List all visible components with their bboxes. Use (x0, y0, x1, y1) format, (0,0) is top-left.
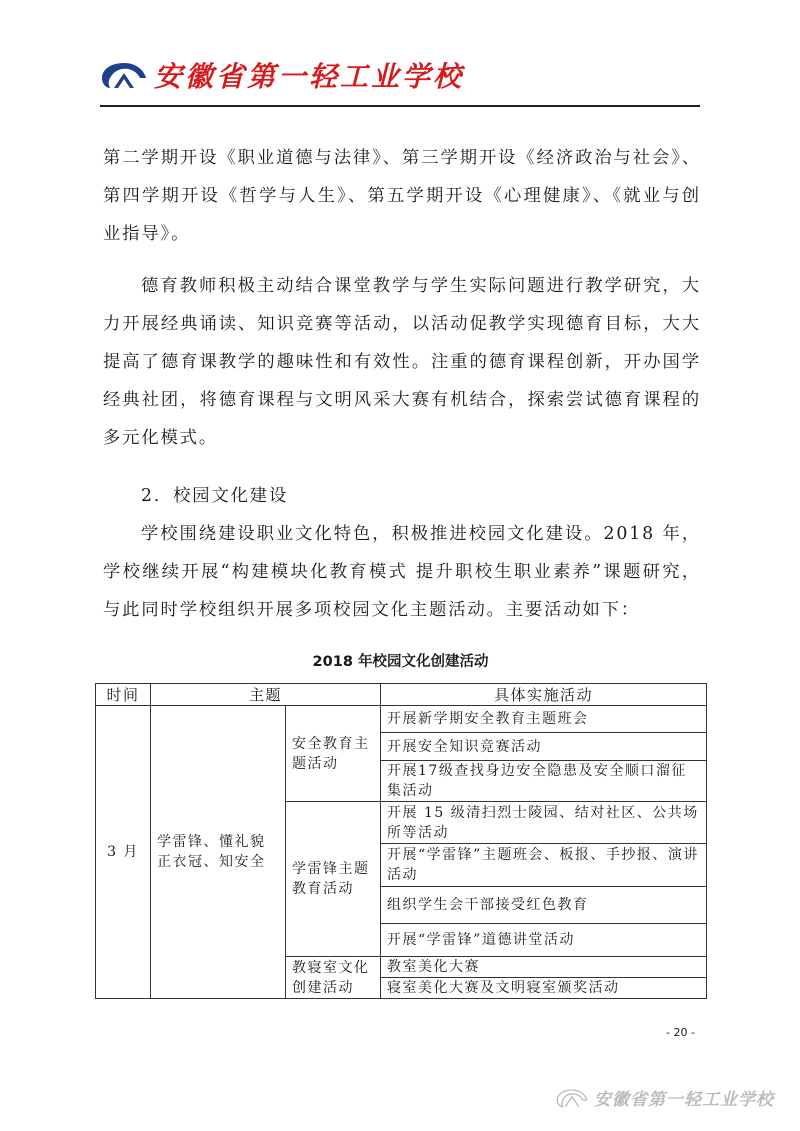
school-name: 安徽省第一轻工业学校 (154, 55, 464, 95)
activity-cell: 教室美化大赛 (381, 957, 707, 978)
page-header: 安徽省第一轻工业学校 (100, 50, 464, 100)
header-theme: 主题 (151, 684, 381, 706)
table-header-row: 时间 主题 具体实施活动 (96, 684, 707, 706)
activity-cell: 开展新学期安全教育主题班会 (381, 706, 707, 733)
footer-watermark: 安徽省第一轻工业学校 (556, 1085, 774, 1110)
subtheme-cell: 学雷锋主题教育活动 (286, 802, 381, 957)
paragraph-courses: 第二学期开设《职业道德与法律》、第三学期开设《经济政治与社会》、第四学期开设《哲… (103, 139, 701, 253)
time-cell: 3 月 (96, 706, 151, 999)
subtheme-cell: 安全教育主题活动 (286, 706, 381, 802)
footer-school-name: 安徽省第一轻工业学校 (594, 1085, 774, 1110)
school-logo-icon (556, 1087, 588, 1109)
section-heading: 2．校园文化建设 (103, 477, 701, 515)
table-title: 2018 年校园文化创建活动 (95, 650, 706, 671)
table-row: 3 月 学雷锋、懂礼貌正衣冠、知安全 安全教育主题活动 开展新学期安全教育主题班… (96, 706, 707, 733)
activity-cell: 开展“学雷锋”道德讲堂活动 (381, 924, 707, 957)
theme-cell: 学雷锋、懂礼貌正衣冠、知安全 (151, 706, 286, 999)
activity-cell: 组织学生会干部接受红色教育 (381, 887, 707, 924)
header-time: 时间 (96, 684, 151, 706)
school-logo-icon (100, 60, 148, 90)
activity-cell: 开展17级查找身边安全隐患及安全顺口溜征集活动 (381, 761, 707, 802)
activities-table: 时间 主题 具体实施活动 3 月 学雷锋、懂礼貌正衣冠、知安全 安全教育主题活动… (95, 683, 707, 999)
activity-cell: 开展 15 级清扫烈士陵园、结对社区、公共场所等活动 (381, 802, 707, 844)
paragraph-moral-education: 德育教师积极主动结合课堂教学与学生实际问题进行教学研究，大力开展经典诵读、知识竞… (103, 267, 701, 457)
subtheme-cell: 教寝室文化创建活动 (286, 957, 381, 999)
page-number: - 20 - (666, 1026, 695, 1039)
activity-cell: 寝室美化大赛及文明寝室颁奖活动 (381, 978, 707, 999)
paragraph-campus-culture: 学校围绕建设职业文化特色，积极推进校园文化建设。2018 年，学校继续开展“构建… (103, 515, 701, 629)
header-divider (100, 105, 700, 107)
activity-cell: 开展“学雷锋”主题班会、板报、手抄报、演讲活动 (381, 844, 707, 887)
header-activities: 具体实施活动 (381, 684, 707, 706)
activity-cell: 开展安全知识竞赛活动 (381, 733, 707, 761)
